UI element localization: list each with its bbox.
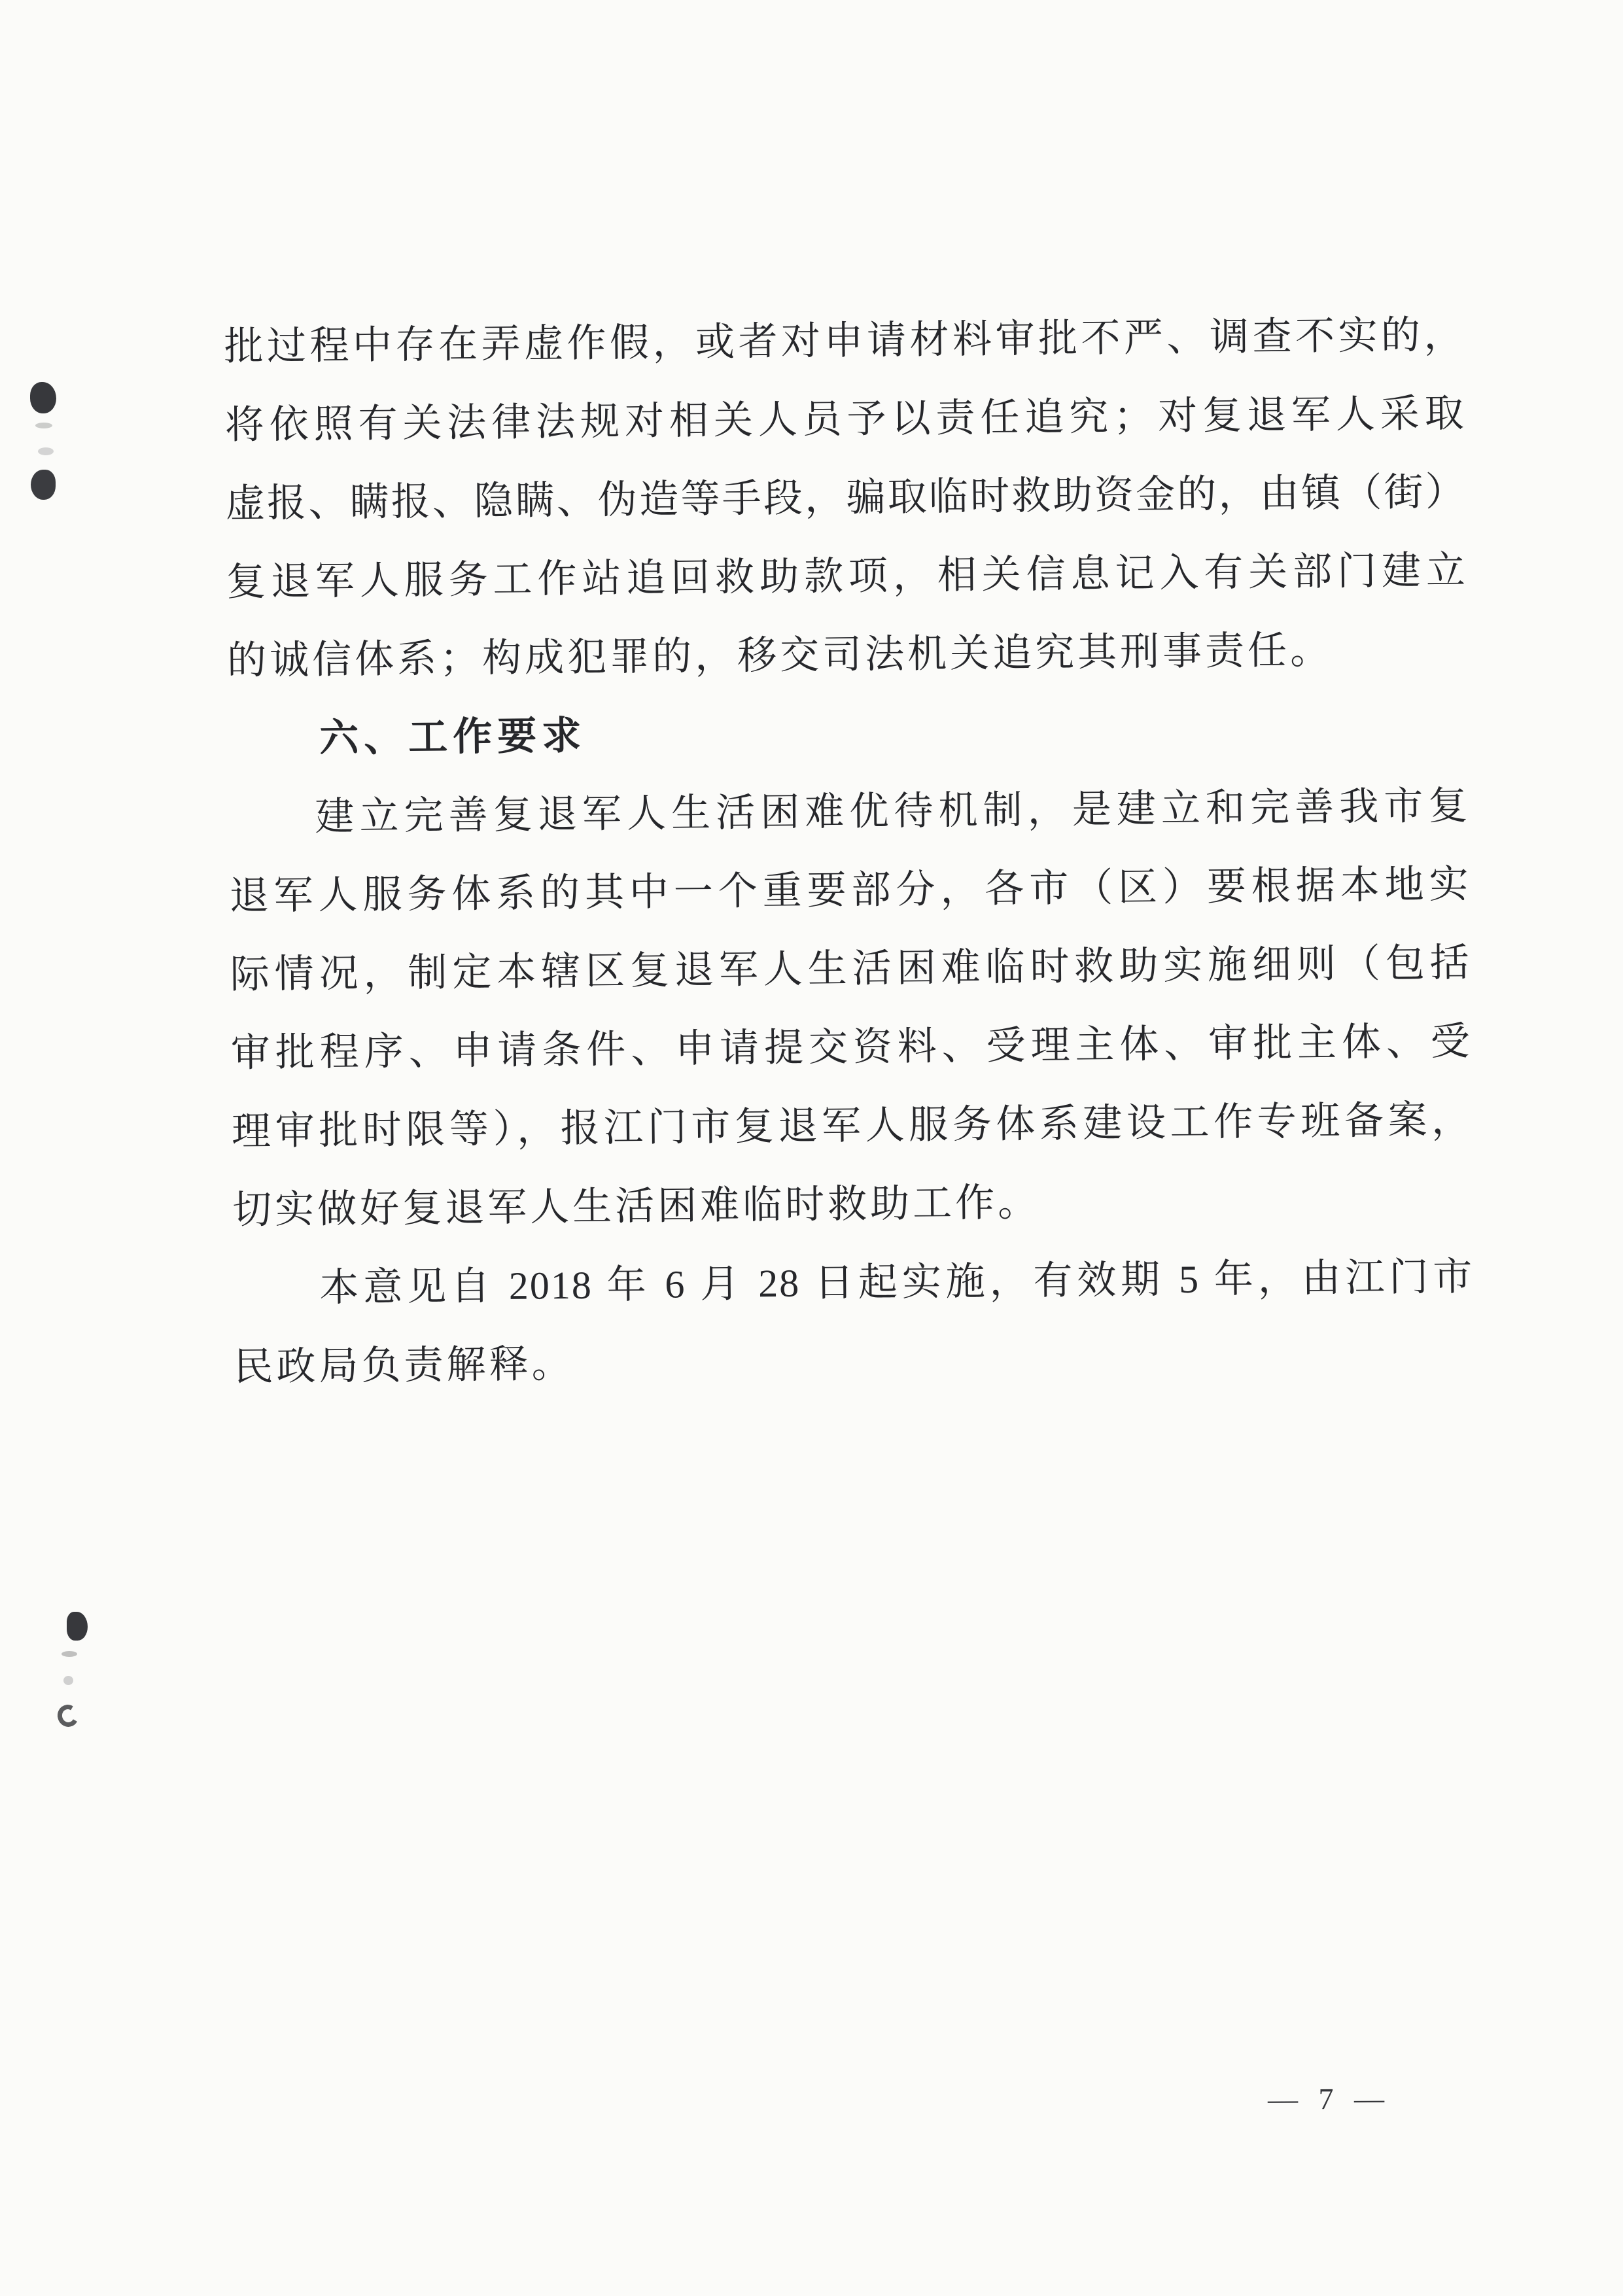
- scan-artifact-mark: [63, 1676, 73, 1685]
- body-line: 民政局负责解释。: [234, 1316, 1475, 1406]
- scan-artifact-mark: [61, 1651, 77, 1657]
- scan-artifact-mark: [67, 1612, 88, 1641]
- body-line: 本意见自 2018 年 6 月 28 日起实施，有效期 5 年，由江门市: [233, 1238, 1474, 1328]
- body-line: 切实做好复退军人生活困难临时救助工作。: [232, 1159, 1473, 1249]
- scan-artifact-mark: [55, 1702, 81, 1729]
- body-line: 虚报、瞒报、隐瞒、伪造等手段，骗取临时救助资金的，由镇（街）: [225, 453, 1466, 543]
- scanned-document-page: 批过程中存在弄虚作假，或者对申请材料审批不严、调查不实的， 将依照有关法律法规对…: [0, 0, 1623, 2296]
- body-line: 将依照有关法律法规对相关人员予以责任追究；对复退军人采取: [224, 374, 1465, 464]
- body-line: 复退军人服务工作站追回救助款项，相关信息记入有关部门建立: [226, 531, 1467, 621]
- body-line: 理审批时限等），报江门市复退军人服务体系建设工作专班备案，: [232, 1081, 1473, 1171]
- body-line: 的诚信体系；构成犯罪的，移交司法机关追究其刑事责任。: [227, 610, 1468, 700]
- body-line: 际情况，制定本辖区复退军人生活困难临时救助实施细则（包括: [230, 924, 1471, 1014]
- scan-artifact-mark: [38, 447, 54, 455]
- body-line: 退军人服务体系的其中一个重要部分，各市（区）要根据本地实: [229, 845, 1470, 935]
- body-line: 审批程序、申请条件、申请提交资料、受理主体、审批主体、受: [230, 1002, 1471, 1092]
- page-number: — 7 —: [1251, 2081, 1408, 2116]
- scan-artifact-mark: [31, 470, 56, 500]
- section-heading: 六、工作要求: [228, 688, 1469, 778]
- body-line: 建立完善复退军人生活困难优待机制，是建立和完善我市复: [228, 767, 1469, 857]
- document-text-block: 批过程中存在弄虚作假，或者对申请材料审批不严、调查不实的， 将依照有关法律法规对…: [224, 296, 1475, 1406]
- scan-artifact-mark: [35, 423, 52, 428]
- body-line: 批过程中存在弄虚作假，或者对申请材料审批不严、调查不实的，: [224, 296, 1465, 386]
- scan-artifact-mark: [30, 382, 56, 413]
